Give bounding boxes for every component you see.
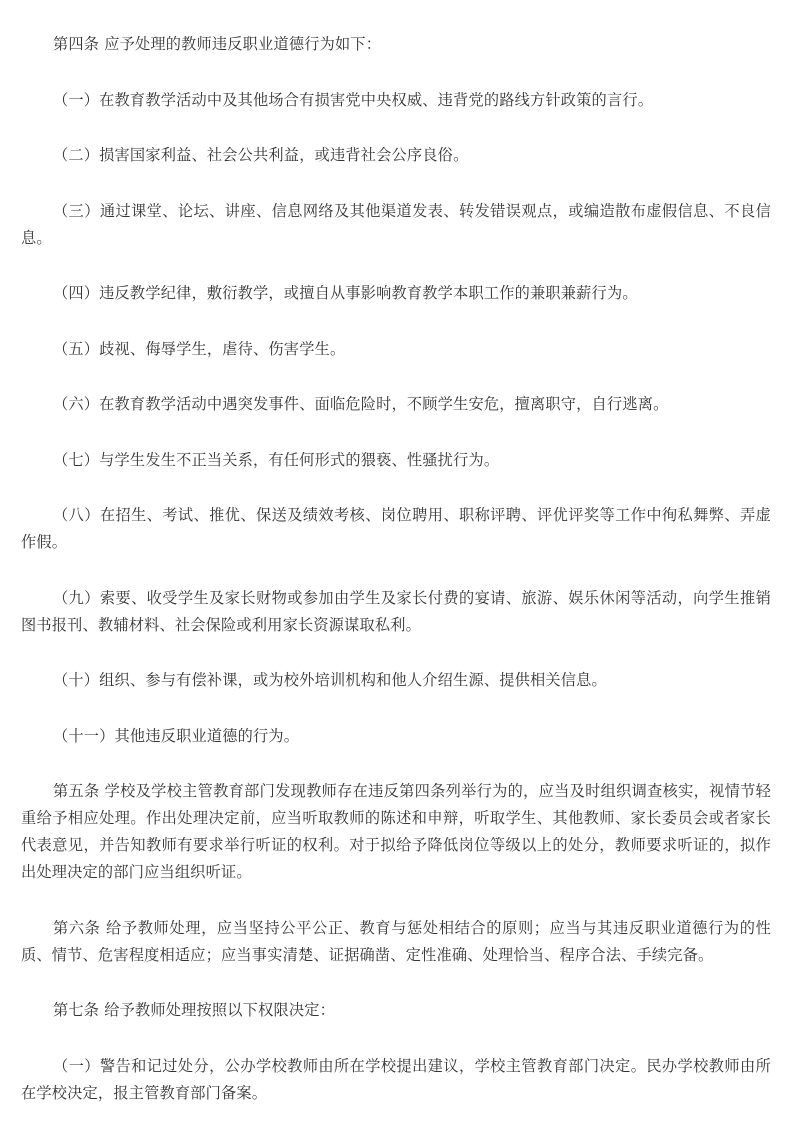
article-4-item-2: （二）损害国家利益、社会公共利益，或违背社会公序良俗。 xyxy=(21,142,771,169)
article-7-heading: 第七条 给予教师处理按照以下权限决定： xyxy=(21,997,771,1024)
article-4-heading: 第四条 应予处理的教师违反职业道德行为如下： xyxy=(21,31,771,58)
article-4-item-11: （十一）其他违反职业道德的行为。 xyxy=(21,723,771,750)
article-6: 第六条 给予教师处理，应当坚持公平公正、教育与惩处相结合的原则；应当与其违反职业… xyxy=(21,915,771,969)
article-5: 第五条 学校及学校主管教育部门发现教师存在违反第四条列举行为的，应当及时组织调查… xyxy=(21,778,771,886)
article-4-item-5: （五）歧视、侮辱学生，虐待、伤害学生。 xyxy=(21,336,771,363)
article-4-item-7: （七）与学生发生不正当关系，有任何形式的猥亵、性骚扰行为。 xyxy=(21,447,771,474)
article-7-item-1: （一）警告和记过处分，公办学校教师由所在学校提出建议，学校主管教育部门决定。民办… xyxy=(21,1053,771,1107)
article-4-item-8: （八）在招生、考试、推优、保送及绩效考核、岗位聘用、职称评聘、评优评奖等工作中徇… xyxy=(21,502,771,556)
document-page: 第四条 应予处理的教师违反职业道德行为如下： （一）在教育教学活动中及其他场合有… xyxy=(21,31,771,1107)
article-4-item-10: （十）组织、参与有偿补课，或为校外培训机构和他人介绍生源、提供相关信息。 xyxy=(21,667,771,694)
article-4-item-6: （六）在教育教学活动中遇突发事件、面临危险时，不顾学生安危，擅离职守，自行逃离。 xyxy=(21,391,771,418)
article-4-item-9: （九）索要、收受学生及家长财物或参加由学生及家长付费的宴请、旅游、娱乐休闲等活动… xyxy=(21,585,771,639)
article-4-item-4: （四）违反教学纪律，敷衍教学，或擅自从事影响教育教学本职工作的兼职兼薪行为。 xyxy=(21,280,771,307)
article-4-item-1: （一）在教育教学活动中及其他场合有损害党中央权威、违背党的路线方针政策的言行。 xyxy=(21,87,771,114)
article-4-item-3: （三）通过课堂、论坛、讲座、信息网络及其他渠道发表、转发错误观点，或编造散布虚假… xyxy=(21,198,771,252)
